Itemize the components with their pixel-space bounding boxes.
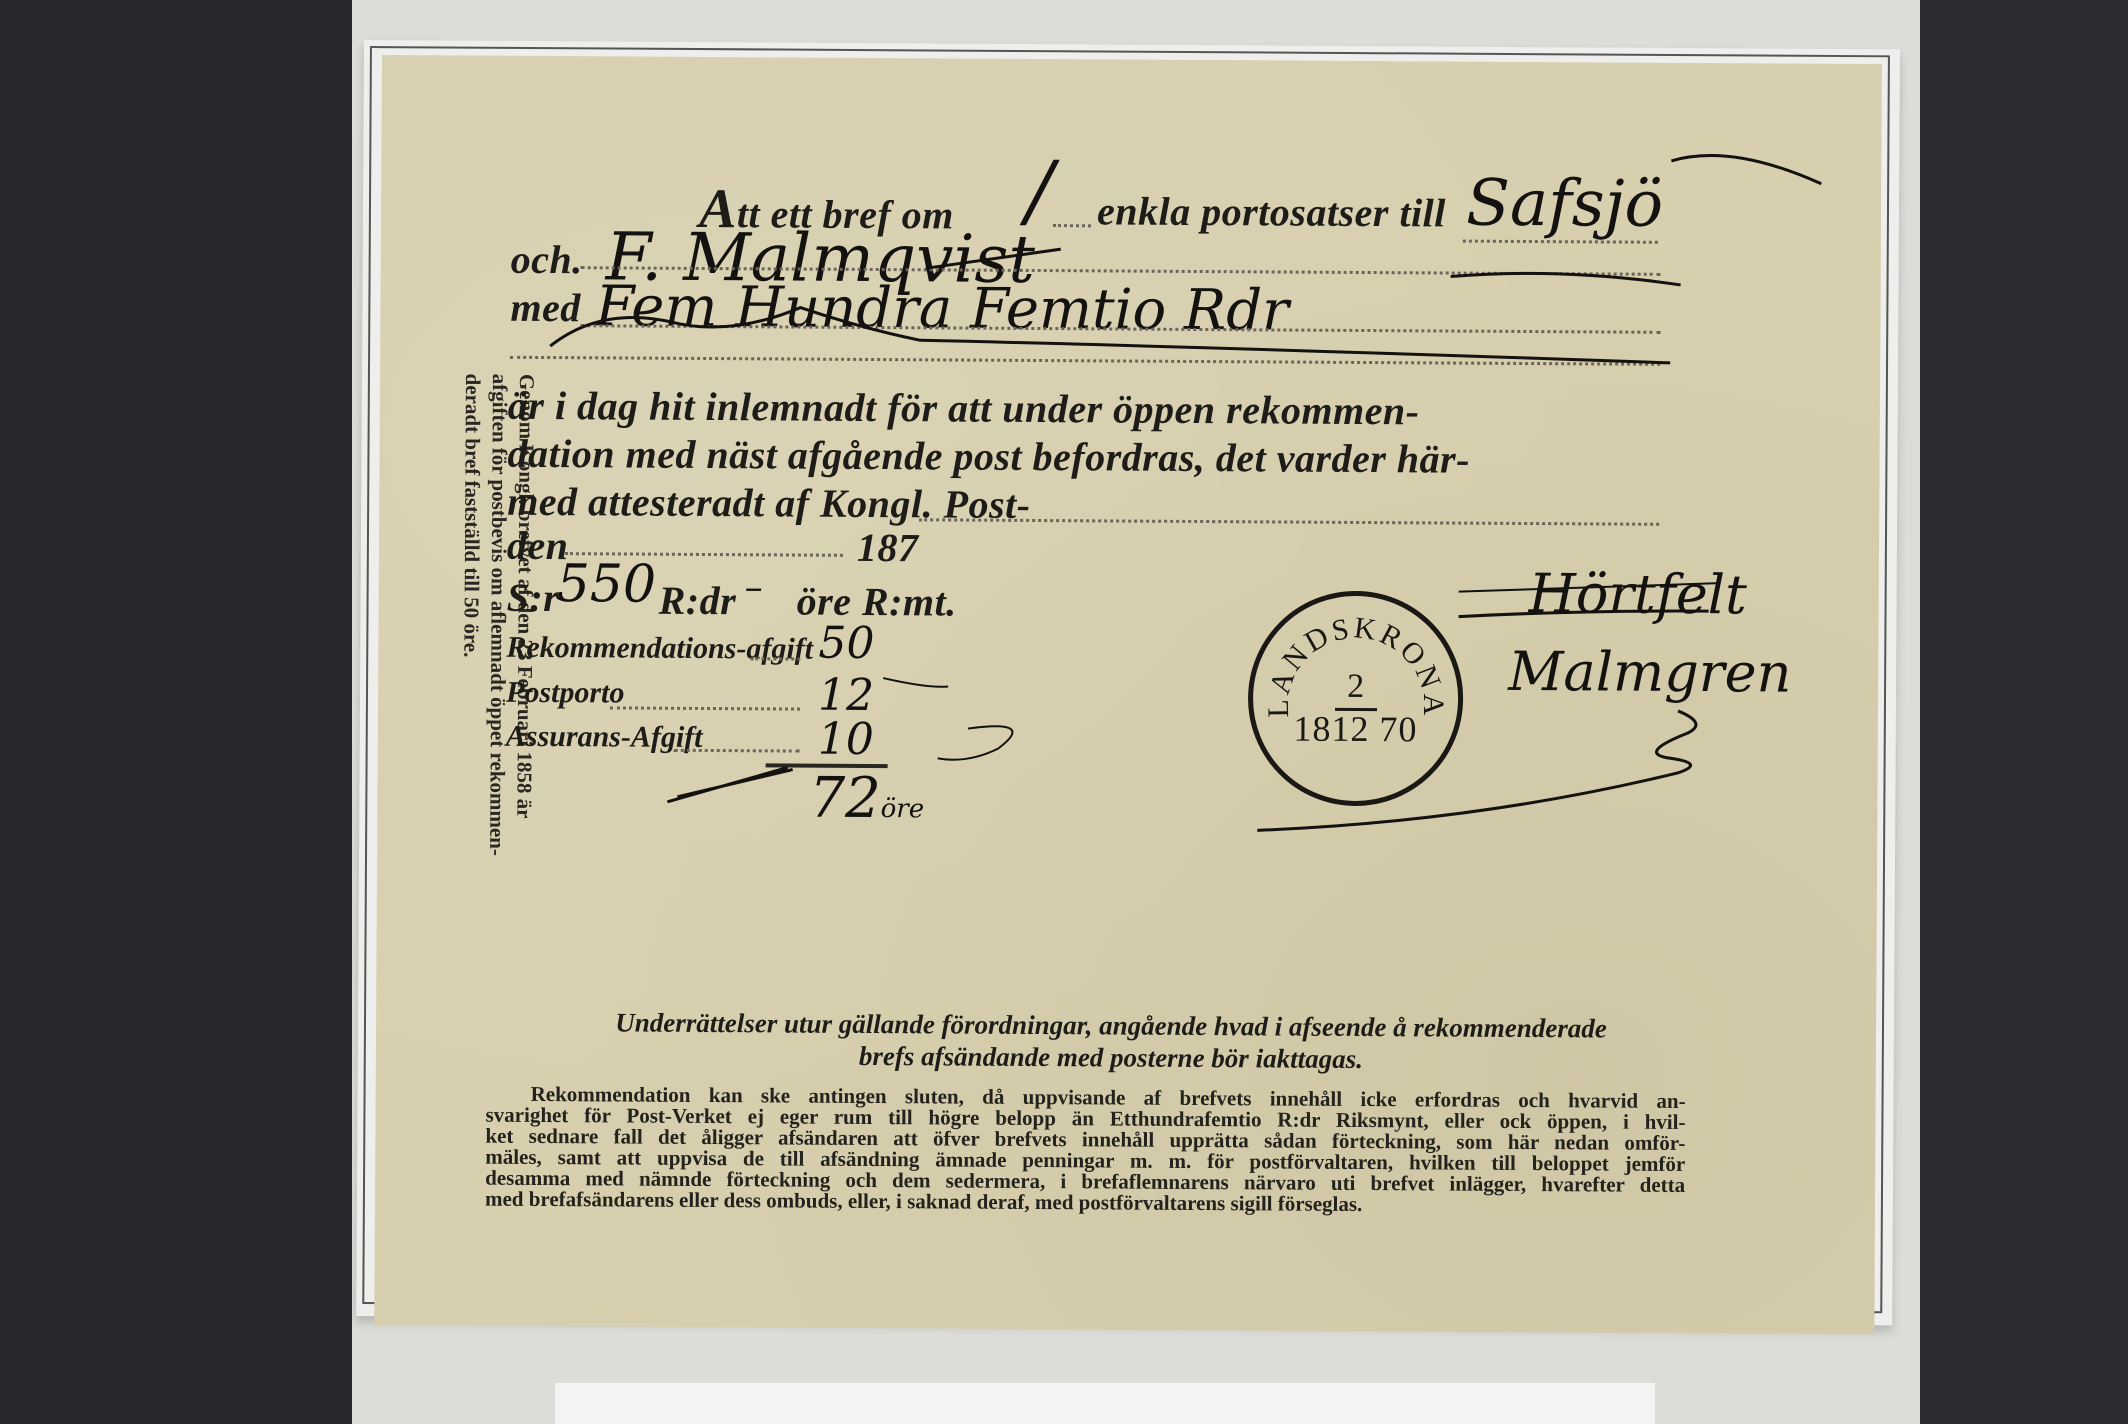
- notice-body: Rekommendation kan ske antingen sluten, …: [485, 1084, 1686, 1217]
- notice-title: Underrättelser utur gällande förordninga…: [531, 1006, 1691, 1077]
- album-label-strip: [555, 1383, 1655, 1424]
- receipt-document: Genom Kongl. brefvet af den 23 Februari …: [374, 55, 1882, 1334]
- dark-background-left: [0, 0, 352, 1424]
- dark-background-right: [1920, 0, 2128, 1424]
